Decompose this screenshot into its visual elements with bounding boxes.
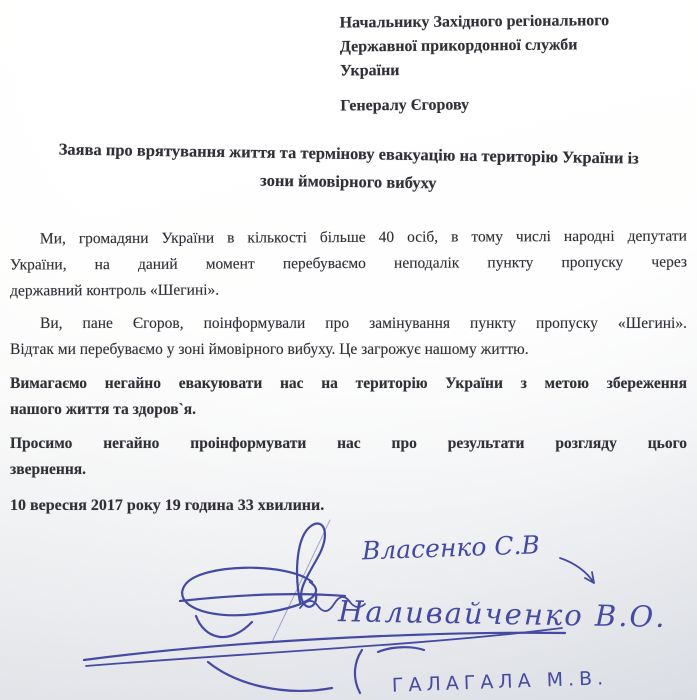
signatures-area: Власенко С.В Наливайченко В.О. Галагала …: [0, 500, 697, 700]
signature-flourish-3-hook: [208, 662, 332, 691]
text-line: Ви, пане Єгоров, поінформували про замін…: [10, 311, 687, 337]
signature-name-1: Власенко С.В: [360, 530, 540, 565]
text-line: нашого життя та здоров`я.: [10, 397, 687, 423]
signature-flourish-2-cross: [180, 594, 345, 601]
addressee-block: Начальнику Західного регіонального Держа…: [340, 8, 688, 118]
text-line: Просимо негайно проінформувати нас про р…: [10, 431, 687, 457]
addressee-line: Начальнику Західного регіонального: [340, 8, 687, 35]
text-line: звернення.: [10, 457, 687, 483]
document-photo: Начальнику Західного регіонального Держа…: [0, 0, 697, 700]
signature-name-2: Наливайченко В.О.: [337, 594, 667, 634]
signature-flourish-3-paren: [355, 650, 362, 693]
text-line: Ми, громадяни України в кількості більше…: [10, 224, 687, 253]
text-line: України, на даний момент перебуваємо неп…: [10, 250, 687, 279]
signature-arrow: [560, 558, 594, 583]
addressee-line: Державної прикордонної служби: [340, 32, 687, 59]
addressee-line: України: [340, 56, 687, 83]
signature-flourish-3a: [84, 633, 565, 660]
paragraph-demand: Вимагаємо негайно евакуювати нас на тери…: [10, 371, 687, 423]
signature-flourish-3-bar: [378, 647, 424, 652]
paragraph-request: Просимо негайно проінформувати нас про р…: [10, 431, 687, 483]
text-line: Вимагаємо негайно евакуювати нас на тери…: [10, 371, 687, 397]
paragraph: Ми, громадяни України в кількості більше…: [10, 224, 687, 305]
signature-name-3: Галагала М.В.: [392, 667, 609, 697]
letter-body: Ми, громадяни України в кількості більше…: [10, 225, 687, 519]
text-line: Відтак ми перебуваємо у зоні ймовірного …: [10, 337, 687, 363]
text-line: державний контроль «Шегині».: [10, 276, 687, 305]
letter-title: Заява про врятування життя та термінову …: [10, 135, 688, 202]
signature-flourish-2-v: [196, 616, 252, 637]
paragraph: Ви, пане Єгоров, поінформували про замін…: [10, 311, 687, 363]
addressee-recipient: Генералу Єгорову: [340, 91, 687, 118]
